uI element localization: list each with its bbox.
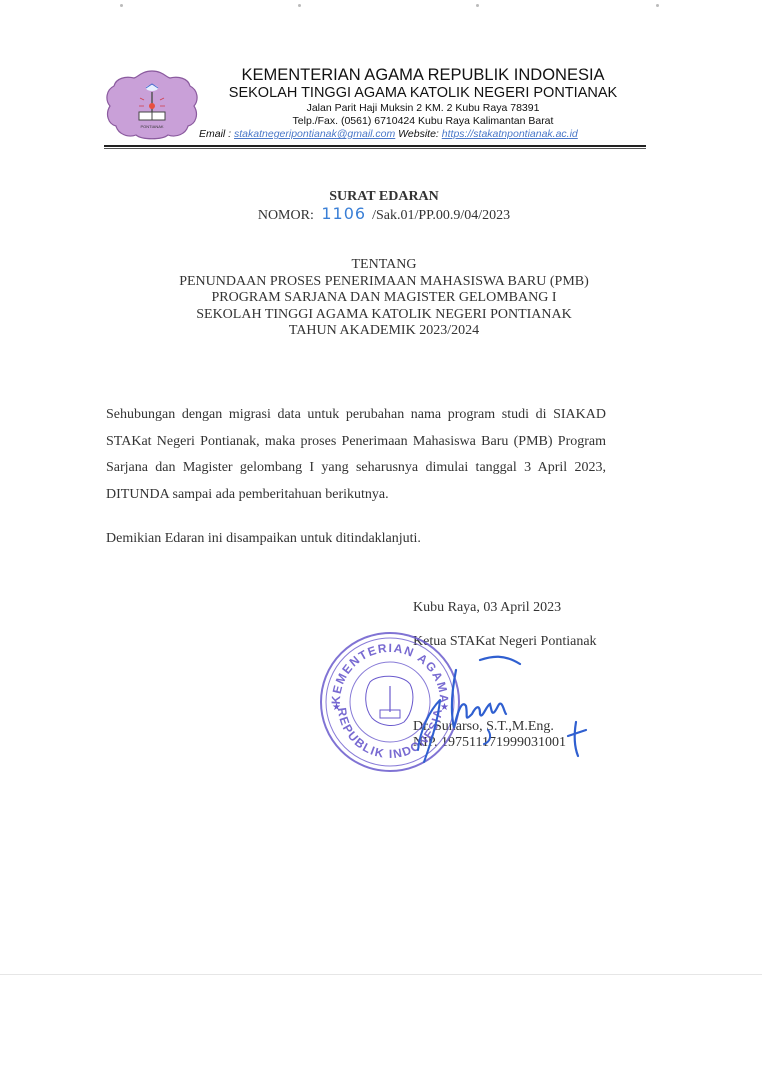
subject-line: TENTANG [0,257,768,274]
email-label: Email : [199,128,234,140]
document-title: SURAT EDARAN [0,189,768,205]
contact-line: Email : stakatnegeripontianak@gmail.com … [199,128,646,141]
svg-text:PONTIANAK: PONTIANAK [140,124,163,129]
subject-line: SEKOLAH TINGGI AGAMA KATOLIK NEGERI PONT… [0,307,768,324]
subject-line: TAHUN AKADEMIK 2023/2024 [0,323,768,340]
institution-logo-icon: PONTIANAK [104,68,200,142]
place-date: Kubu Raya, 03 April 2023 [413,600,561,616]
letterhead-divider-thin [104,148,646,149]
handwritten-number: 1106 [321,204,366,223]
institution-name: SEKOLAH TINGGI AGAMA KATOLIK NEGERI PONT… [200,85,646,102]
letterhead: PONTIANAK KEMENTERIAN AGAMA REPUBLIK IND… [104,66,646,148]
closing-sentence: Demikian Edaran ini disampaikan untuk di… [106,530,421,548]
scan-mark [656,4,659,7]
scan-mark [298,4,301,7]
subject-block: TENTANG PENUNDAAN PROSES PENERIMAAN MAHA… [0,257,768,340]
subject-line: PROGRAM SARJANA DAN MAGISTER GELOMBANG I [0,290,768,307]
nomor-label: NOMOR: [258,208,314,223]
scan-mark [120,4,123,7]
scan-mark [476,4,479,7]
institution-address: Jalan Parit Haji Muksin 2 KM. 2 Kubu Ray… [200,102,646,115]
subject-line: PENUNDAAN PROSES PENERIMAAN MAHASISWA BA… [0,274,768,291]
institution-phone: Telp./Fax. (0561) 6710424 Kubu Raya Kali… [200,115,646,128]
nomor-suffix: /Sak.01/PP.00.9/04/2023 [372,208,510,223]
handwritten-signature-icon [380,650,610,770]
body-paragraph: Sehubungan dengan migrasi data untuk per… [106,402,606,508]
document-number: NOMOR: 1106/Sak.01/PP.00.9/04/2023 [0,205,768,225]
page-edge-line [0,974,762,975]
letterhead-divider [104,145,646,147]
website-label: Website: [395,128,442,140]
ministry-name: KEMENTERIAN AGAMA REPUBLIK INDONESIA [200,66,646,85]
svg-text:★: ★ [332,702,341,713]
website-link[interactable]: https://stakatnpontianak.ac.id [442,128,578,140]
email-link[interactable]: stakatnegeripontianak@gmail.com [234,128,395,140]
